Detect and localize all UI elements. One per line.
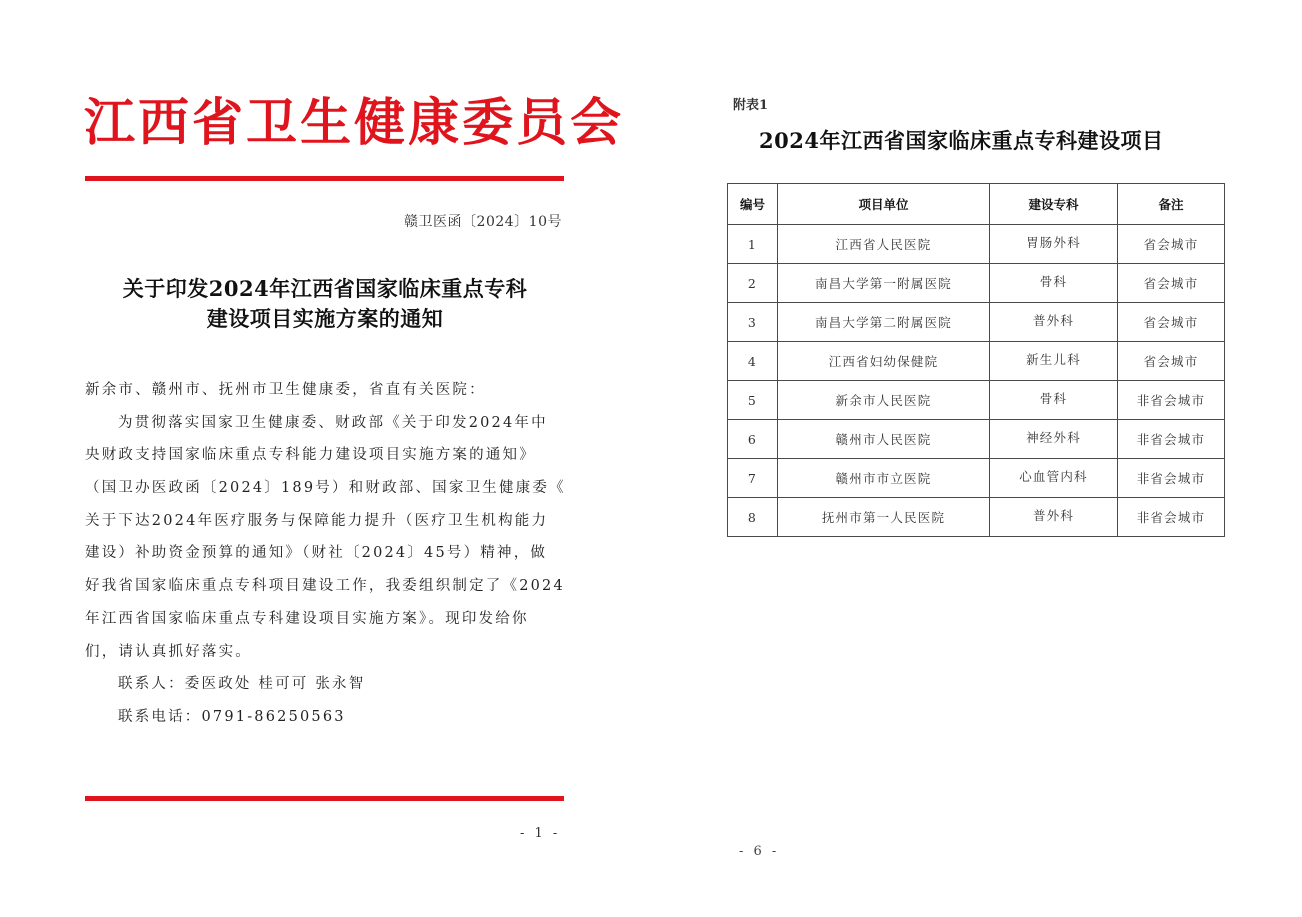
cell-number: 6 <box>728 420 778 459</box>
table-row: 2 南昌大学第一附属医院 骨科 省会城市 <box>728 264 1225 303</box>
table-row: 7 赣州市市立医院 心血管内科 非省会城市 <box>728 459 1225 498</box>
cell-remark: 省会城市 <box>1118 264 1225 303</box>
cell-specialty: 普外科 <box>990 303 1118 342</box>
masthead-char: 健 <box>354 92 408 154</box>
table-row: 4 江西省妇幼保健院 新生儿科 省会城市 <box>728 342 1225 381</box>
cell-remark: 省会城市 <box>1118 342 1225 381</box>
cell-remark: 非省会城市 <box>1118 420 1225 459</box>
title-line-2: 建设项目实施方案的通知 <box>90 304 560 334</box>
table-row: 6 赣州市人民医院 神经外科 非省会城市 <box>728 420 1225 459</box>
body-line: 新余市、赣州市、抚州市卫生健康委，省直有关医院： <box>85 374 565 407</box>
appendix-label: 附表1 <box>733 94 768 113</box>
table-row: 8 抚州市第一人民医院 普外科 非省会城市 <box>728 498 1225 537</box>
masthead-char: 会 <box>570 92 624 154</box>
cell-specialty: 新生儿科 <box>990 342 1118 381</box>
table-title: 2024年江西省国家临床重点专科建设项目 <box>759 125 1163 155</box>
cell-remark: 省会城市 <box>1118 303 1225 342</box>
cell-specialty: 神经外科 <box>990 420 1118 459</box>
body-line: 年江西省国家临床重点专科建设项目实施方案》。现印发给你 <box>85 603 565 636</box>
masthead-char: 西 <box>138 92 192 154</box>
table-row: 1 江西省人民医院 胃肠外科 省会城市 <box>728 225 1225 264</box>
page-number: - 1 - <box>520 826 560 841</box>
body-line: 们，请认真抓好落实。 <box>85 636 565 669</box>
cell-number: 4 <box>728 342 778 381</box>
cell-unit: 江西省妇幼保健院 <box>778 342 990 381</box>
table-row: 3 南昌大学第二附属医院 普外科 省会城市 <box>728 303 1225 342</box>
masthead-char: 委 <box>462 92 516 154</box>
cell-unit: 南昌大学第一附属医院 <box>778 264 990 303</box>
masthead-char: 省 <box>192 92 246 154</box>
page-left: 江 西 省 卫 生 健 康 委 员 会 赣卫医函〔2024〕10号 关于印发20… <box>0 0 651 917</box>
body-line: 为贯彻落实国家卫生健康委、财政部《关于印发2024年中 <box>85 407 565 440</box>
body-line: （国卫办医政函〔2024〕189号）和财政部、国家卫生健康委《 <box>85 472 565 505</box>
masthead-char: 康 <box>408 92 462 154</box>
masthead-char: 江 <box>84 92 138 154</box>
body-line: 好我省国家临床重点专科项目建设工作，我委组织制定了《2024 <box>85 570 565 603</box>
cell-number: 5 <box>728 381 778 420</box>
cell-unit: 赣州市市立医院 <box>778 459 990 498</box>
footer-red-rule <box>85 796 564 801</box>
header-remark: 备注 <box>1118 184 1225 225</box>
masthead-char: 员 <box>516 92 570 154</box>
masthead-char: 卫 <box>246 92 300 154</box>
cell-unit: 抚州市第一人民医院 <box>778 498 990 537</box>
cell-specialty: 心血管内科 <box>990 459 1118 498</box>
cell-number: 1 <box>728 225 778 264</box>
title-line-1: 关于印发2024年江西省国家临床重点专科 <box>90 274 560 304</box>
cell-unit: 新余市人民医院 <box>778 381 990 420</box>
document-number: 赣卫医函〔2024〕10号 <box>300 211 562 231</box>
page-right: 附表1 2024年江西省国家临床重点专科建设项目 编号 项目单位 建设专科 备注… <box>651 0 1302 917</box>
cell-unit: 江西省人民医院 <box>778 225 990 264</box>
cell-specialty: 骨科 <box>990 264 1118 303</box>
cell-number: 2 <box>728 264 778 303</box>
cell-number: 8 <box>728 498 778 537</box>
cell-specialty: 骨科 <box>990 381 1118 420</box>
header-number: 编号 <box>728 184 778 225</box>
cell-remark: 非省会城市 <box>1118 459 1225 498</box>
document-body: 新余市、赣州市、抚州市卫生健康委，省直有关医院： 为贯彻落实国家卫生健康委、财政… <box>85 374 565 734</box>
cell-remark: 省会城市 <box>1118 225 1225 264</box>
contact-person: 联系人：委医政处 桂可可 张永智 <box>85 668 565 701</box>
body-line: 关于下达2024年医疗服务与保障能力提升（医疗卫生机构能力 <box>85 505 565 538</box>
header-unit: 项目单位 <box>778 184 990 225</box>
cell-specialty: 普外科 <box>990 498 1118 537</box>
cell-unit: 南昌大学第二附属医院 <box>778 303 990 342</box>
page-number: - 6 - <box>739 844 779 859</box>
document-title: 关于印发2024年江西省国家临床重点专科 建设项目实施方案的通知 <box>90 274 560 334</box>
cell-unit: 赣州市人民医院 <box>778 420 990 459</box>
cell-specialty: 胃肠外科 <box>990 225 1118 264</box>
contact-phone: 联系电话：0791-86250563 <box>85 701 565 734</box>
cell-remark: 非省会城市 <box>1118 381 1225 420</box>
cell-number: 7 <box>728 459 778 498</box>
cell-number: 3 <box>728 303 778 342</box>
header-specialty: 建设专科 <box>990 184 1118 225</box>
projects-table: 编号 项目单位 建设专科 备注 1 江西省人民医院 胃肠外科 省会城市 2 南昌… <box>727 183 1225 537</box>
body-line: 央财政支持国家临床重点专科能力建设项目实施方案的通知》 <box>85 439 565 472</box>
table-row: 5 新余市人民医院 骨科 非省会城市 <box>728 381 1225 420</box>
table-header-row: 编号 项目单位 建设专科 备注 <box>728 184 1225 225</box>
body-line: 建设）补助资金预算的通知》（财社〔2024〕45号）精神，做 <box>85 537 565 570</box>
masthead-char: 生 <box>300 92 354 154</box>
masthead: 江 西 省 卫 生 健 康 委 员 会 <box>84 92 566 154</box>
masthead-red-rule <box>85 176 564 181</box>
cell-remark: 非省会城市 <box>1118 498 1225 537</box>
